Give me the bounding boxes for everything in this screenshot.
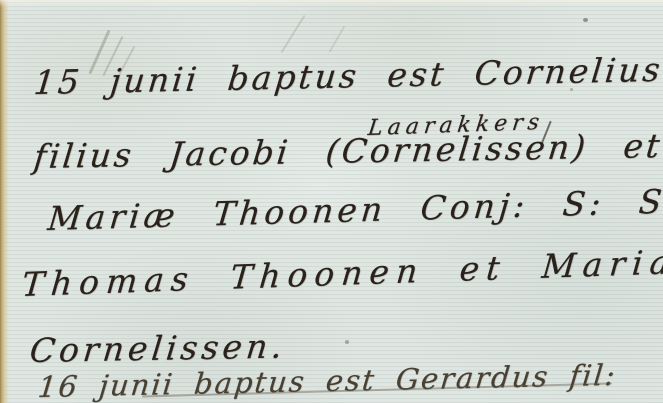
entry-line-mother: Mariæ Thoonen Conj: S: S: — [46, 184, 663, 235]
entry-line-sponsor-surname: Cornelissen. — [28, 330, 287, 368]
ink-bleed-smudge — [329, 26, 346, 53]
manuscript-page: 15 junii baptus est Cornelius Laarakkers… — [0, 0, 663, 403]
ink-speck — [583, 18, 588, 22]
ink-speck — [345, 340, 349, 344]
entry-line-sponsors: Thomas Thoonen et Maria — [21, 245, 663, 301]
page-binding-edge — [0, 0, 9, 403]
entry-line-date-baptism: 15 junii baptus est Cornelius — [32, 53, 663, 99]
page-top-edge — [0, 0, 663, 7]
entry-line-father: filius Jacobi (Cornelissen) et — [32, 129, 663, 173]
ink-bleed-smudge — [280, 15, 305, 53]
